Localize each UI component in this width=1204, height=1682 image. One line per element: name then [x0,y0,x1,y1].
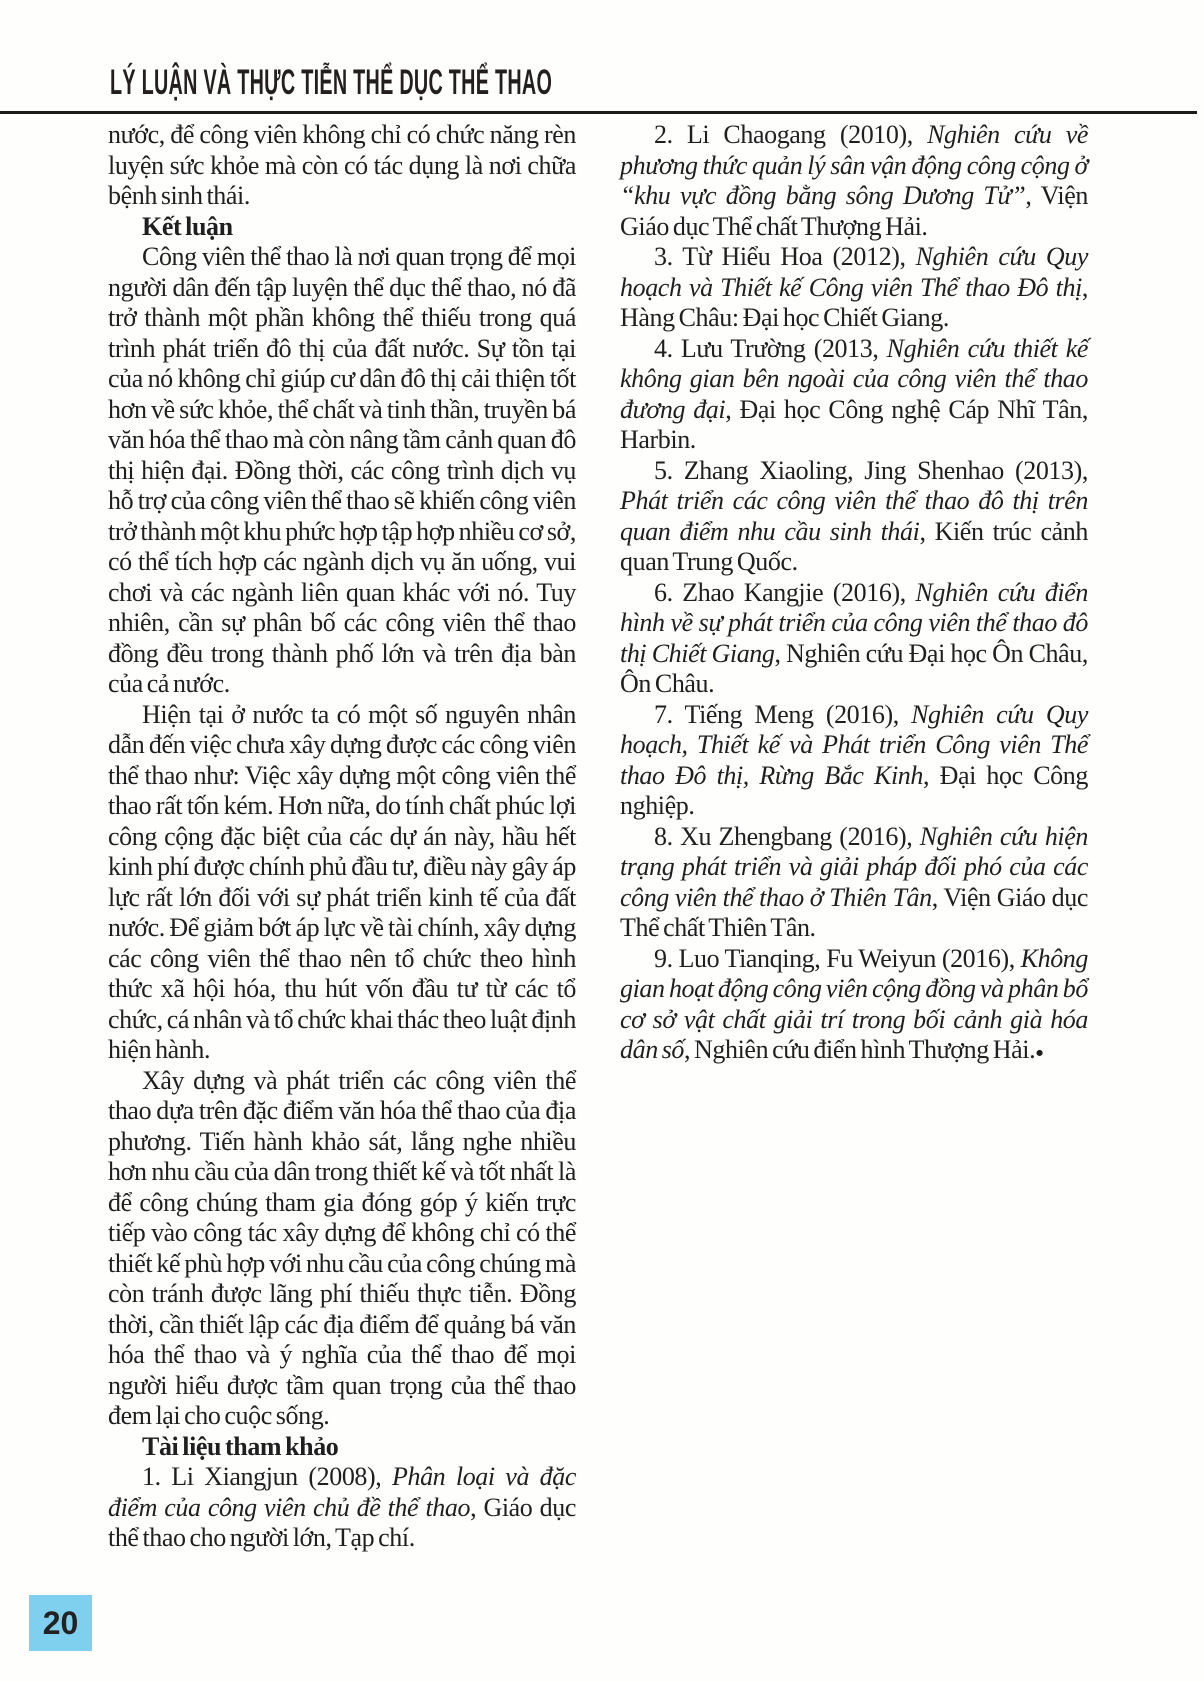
journal-header-title: LÝ LUẬN VÀ THỰC TIỄN THỂ DỤC THỂ THAO [110,60,552,106]
text-run: 2. Li Chaogang (2010), [654,120,927,149]
text-run: , Nghiên cứu điển hình Thượng Hải. [684,1035,1035,1064]
section-heading: Kết luận [108,212,576,243]
left-column: nước, để công viên không chỉ có chức năn… [108,120,576,1554]
reference-item: 6. Zhao Kangjie (2016), Nghiên cứu điển … [620,578,1088,700]
text-run: 5. Zhang Xiaoling, Jing Shenhao (2013), [654,456,1088,485]
text-run: nước, để công viên không chỉ có chức năn… [108,120,576,210]
paragraph: Hiện tại ở nước ta có một số nguyên nhân… [108,700,576,1066]
right-column: 2. Li Chaogang (2010), Nghiên cứu về phư… [620,120,1088,1068]
text-run: 7. Tiếng Meng (2016), [654,700,911,729]
text-run: 6. Zhao Kangjie (2016), [654,578,915,607]
reference-item: 1. Li Xiangjun (2008), Phân loại và đặc … [108,1462,576,1554]
text-run: Kết luận [142,212,233,241]
text-run: 9. Luo Tianqing, Fu Weiyun (2016), [654,944,1021,973]
reference-item: 9. Luo Tianqing, Fu Weiyun (2016), Không… [620,944,1088,1069]
paragraph: Công viên thể thao là nơi quan trọng để … [108,242,576,700]
paragraph: Xây dựng và phát triển các công viên thể… [108,1066,576,1432]
journal-page: LÝ LUẬN VÀ THỰC TIỄN THỂ DỤC THỂ THAO nư… [0,0,1204,1682]
text-run: 4. Lưu Trường (2013, [654,334,887,363]
reference-item: 3. Từ Hiểu Hoa (2012), Nghiên cứu Quy ho… [620,242,1088,334]
text-run: 3. Từ Hiểu Hoa (2012), [654,242,916,271]
reference-item: 8. Xu Zhengbang (2016), Nghiên cứu hiện … [620,822,1088,944]
paragraph: nước, để công viên không chỉ có chức năn… [108,120,576,212]
page-number-badge: 20 [29,1595,92,1651]
text-run: Công viên thể thao là nơi quan trọng để … [108,242,576,698]
reference-item: 7. Tiếng Meng (2016), Nghiên cứu Quy hoạ… [620,700,1088,822]
text-run: Hiện tại ở nước ta có một số nguyên nhân… [108,700,576,1065]
reference-item: 4. Lưu Trường (2013, Nghiên cứu thiết kế… [620,334,1088,456]
header-rule [0,111,1197,114]
article-end-dot: ● [1035,1045,1044,1061]
text-run: 1. Li Xiangjun (2008), [142,1462,392,1491]
page-number: 20 [43,1605,79,1642]
reference-item: 5. Zhang Xiaoling, Jing Shenhao (2013), … [620,456,1088,578]
text-run: Xây dựng và phát triển các công viên thể… [108,1066,576,1431]
text-run: Tài liệu tham khảo [142,1432,338,1461]
reference-item: 2. Li Chaogang (2010), Nghiên cứu về phư… [620,120,1088,242]
section-heading: Tài liệu tham khảo [108,1432,576,1463]
text-run: 8. Xu Zhengbang (2016), [654,822,920,851]
two-column-body: nước, để công viên không chỉ có chức năn… [108,120,1088,1554]
